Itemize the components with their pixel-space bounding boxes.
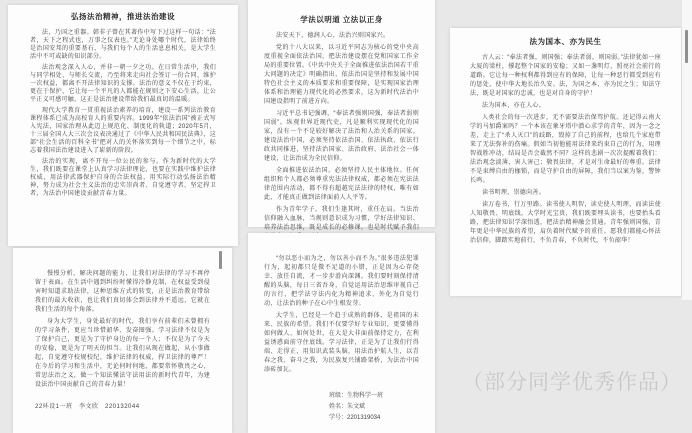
paragraph: 法为国本，亦在人心。 [470, 102, 661, 111]
page-middle-bottom-essay: “勿以恶小而为之，勿以善小而不为。”很多违法犯罪行为，起初都只是微不足道的小错，… [248, 233, 435, 433]
page-title: 弘扬法治精神，推进法治建设 [30, 12, 216, 22]
paragraph: 读万卷书，行万里路。读书使人明智，读史使人明理，而读法使人知敬畏、明底线。大学时… [470, 201, 661, 246]
paragraph: 读书明理，崇德向善。 [470, 189, 661, 198]
paragraph: 慢慢分析，解决问题的能力，让我们对法律的学习不再停留于表面。在生活中遇到纠纷时懂… [35, 270, 210, 315]
paragraph: 习近平总书记强调，“奉法者强则国强，奉法者弱则国弱”。纵观世界近现代史，凡是顺利… [264, 110, 419, 164]
page-right-essay: 法为国本、亦为民生 古人云：“奉法者强，则国强；奉法者弱，则国弱。”法律犹如一座… [450, 28, 681, 296]
signature-student-id: 学号：2201319034 [329, 413, 383, 424]
paragraph: 现代大学教育一贯重视法治素养的培育，建设一系列法治教育课程体系已成为高校育人的重… [30, 107, 216, 155]
caption-excellent-works: （部分同学优秀作品） [462, 366, 682, 396]
paragraph: 法治观念深入人心，并非一朝一夕之功。在日常生活中，我们与同学相处、与师长交流，乃… [30, 64, 216, 104]
page-left-top-essay: 弘扬法治精神，推进法治建设 法，乃国之重器。韩非子曾在其著作中写下过这样一句话：… [8, 5, 238, 246]
paragraph: 法治的实现，离不开每一位公民的参与。作为新时代的大学生，我们既要在课堂上认真学习… [30, 158, 216, 198]
paragraph: 人类社会的每一次进步，无不需要法治保驾护航。还记得云南大学的马加爵案吗？一个本该… [470, 114, 661, 186]
page-middle-top-essay: 学法以明道 立法以正身 法安天下，德润人心，法治兴则国家兴。 党的十八大以来，以… [248, 0, 435, 227]
paragraph: 全面推进依法治国，必须坚持人民主体地位。任何组织和个人都必须尊重宪法法律权威，都… [264, 167, 419, 203]
scrollbar-thumb[interactable] [219, 251, 222, 269]
paragraph: 古人云：“奉法者强，则国强；奉法者弱，则国弱。”法律犹如一座大厦的梁柱，撑起整个… [470, 54, 661, 99]
paragraph: 身为大学生，身处最好的时代，我们享有前辈们未曾拥有的学习条件，更应当珍惜韶华、发… [35, 318, 210, 390]
paragraph: 党的十八大以来，以习近平同志为核心的党中央高度重视全面依法治国，把法治建设摆在党… [264, 44, 419, 107]
signature-block: 班级：生物科学一班 姓名：朱文斌 学号：2201319034 [329, 391, 383, 424]
scrollbar-thumb[interactable] [685, 30, 688, 63]
page-left-bottom-essay: 慢慢分析，解决问题的能力，让我们对法律的学习不再停留于表面。在生活中遇到纠纷时懂… [13, 248, 232, 433]
paragraph: 法安天下，德润人心，法治兴则国家兴。 [264, 32, 419, 41]
page-title: 法为国本、亦为民生 [470, 37, 661, 47]
document-collage-canvas: 弘扬法治精神，推进法治建设 法，乃国之重器。韩非子曾在其著作中写下过这样一句话：… [0, 0, 692, 433]
page-title: 学法以明道 立法以正身 [264, 15, 419, 25]
paragraph: 法，乃国之重器。韩非子曾在其著作中写下过这样一句话：“法者，天下之程式也，万事之… [30, 29, 216, 61]
signature-line: 22环设1一班 李文欣 220132044 [35, 401, 140, 410]
signature-class: 班级：生物科学一班 [329, 391, 383, 402]
signature-name: 姓名：朱文斌 [329, 402, 383, 413]
paragraph: 大学生，已经是一个趋于成熟的群体，是祖国的未来、民族的希望。我们不仅要学好专业知… [264, 312, 419, 375]
paragraph: “勿以恶小而为之，勿以善小而不为。”很多违法犯罪行为，起初都只是微不足道的小错，… [264, 255, 419, 309]
